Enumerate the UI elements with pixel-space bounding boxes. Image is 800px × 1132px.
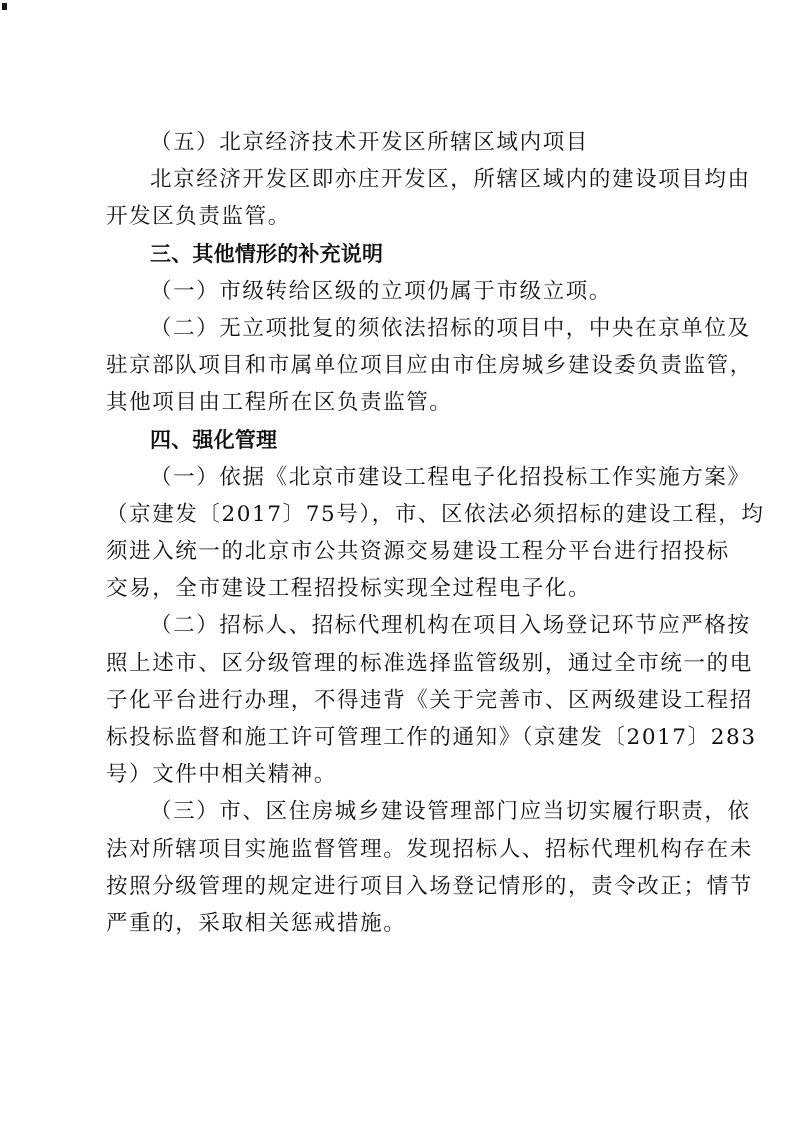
section-heading-supplementary: 三、其他情形的补充说明 — [106, 236, 702, 273]
paragraph-item-2: （二）招标人、招标代理机构在项目入场登记环节应严格按 照上述市、区分级管理的标准… — [106, 607, 702, 793]
paragraph-line: （二）无立项批复的须依法招标的项目中，中央在京单位及 — [106, 310, 702, 347]
paragraph-line: 驻京部队项目和市属单位项目应由市住房城乡建设委负责监管， — [106, 347, 702, 384]
subsection-title: （五）北京经济技术开发区所辖区域内项目 — [106, 124, 702, 161]
document-page: （五）北京经济技术开发区所辖区域内项目 北京经济开发区即亦庄开发区，所辖区域内的… — [106, 124, 702, 942]
paragraph-item-3: （三）市、区住房城乡建设管理部门应当切实履行职责，依 法对所辖项目实施监督管理。… — [106, 793, 702, 942]
paragraph-line: 北京经济开发区即亦庄开发区，所辖区域内的建设项目均由 — [106, 161, 702, 198]
paragraph-line: 号）文件中相关精神。 — [106, 756, 702, 793]
paragraph-line: 标投标监督和施工许可管理工作的通知》（京建发〔2017〕283 — [106, 719, 702, 756]
paragraph-item-1: （一）依据《北京市建设工程电子化招投标工作实施方案》 （京建发〔2017〕75号… — [106, 459, 702, 608]
paragraph-line: 须进入统一的北京市公共资源交易建设工程分平台进行招投标 — [106, 533, 702, 570]
paragraph-line: 子化平台进行办理，不得违背《关于完善市、区两级建设工程招 — [106, 682, 702, 719]
scan-artifact-mark — [2, 3, 7, 10]
paragraph-line: 交易，全市建设工程招投标实现全过程电子化。 — [106, 570, 702, 607]
section-heading-strengthen-management: 四、强化管理 — [106, 422, 702, 459]
paragraph-item-1: （一）市级转给区级的立项仍属于市级立项。 — [106, 273, 702, 310]
paragraph-line: （三）市、区住房城乡建设管理部门应当切实履行职责，依 — [106, 793, 702, 830]
paragraph-line: 严重的，采取相关惩戒措施。 — [106, 905, 702, 942]
paragraph-line: 开发区负责监管。 — [106, 198, 702, 235]
paragraph-line: 按照分级管理的规定进行项目入场登记情形的，责令改正；情节 — [106, 868, 702, 905]
paragraph-line: 其他项目由工程所在区负责监管。 — [106, 384, 702, 421]
paragraph-line: （二）招标人、招标代理机构在项目入场登记环节应严格按 — [106, 607, 702, 644]
paragraph-line: 法对所辖项目实施监督管理。发现招标人、招标代理机构存在未 — [106, 831, 702, 868]
paragraph-line: （一）市级转给区级的立项仍属于市级立项。 — [106, 273, 702, 310]
subsection-beijing-etdz: （五）北京经济技术开发区所辖区域内项目 北京经济开发区即亦庄开发区，所辖区域内的… — [106, 124, 702, 236]
paragraph-item-2: （二）无立项批复的须依法招标的项目中，中央在京单位及 驻京部队项目和市属单位项目… — [106, 310, 702, 422]
paragraph-line: （京建发〔2017〕75号），市、区依法必须招标的建设工程，均 — [106, 496, 702, 533]
paragraph-line: 照上述市、区分级管理的标准选择监管级别，通过全市统一的电 — [106, 645, 702, 682]
paragraph-line: （一）依据《北京市建设工程电子化招投标工作实施方案》 — [106, 459, 702, 496]
